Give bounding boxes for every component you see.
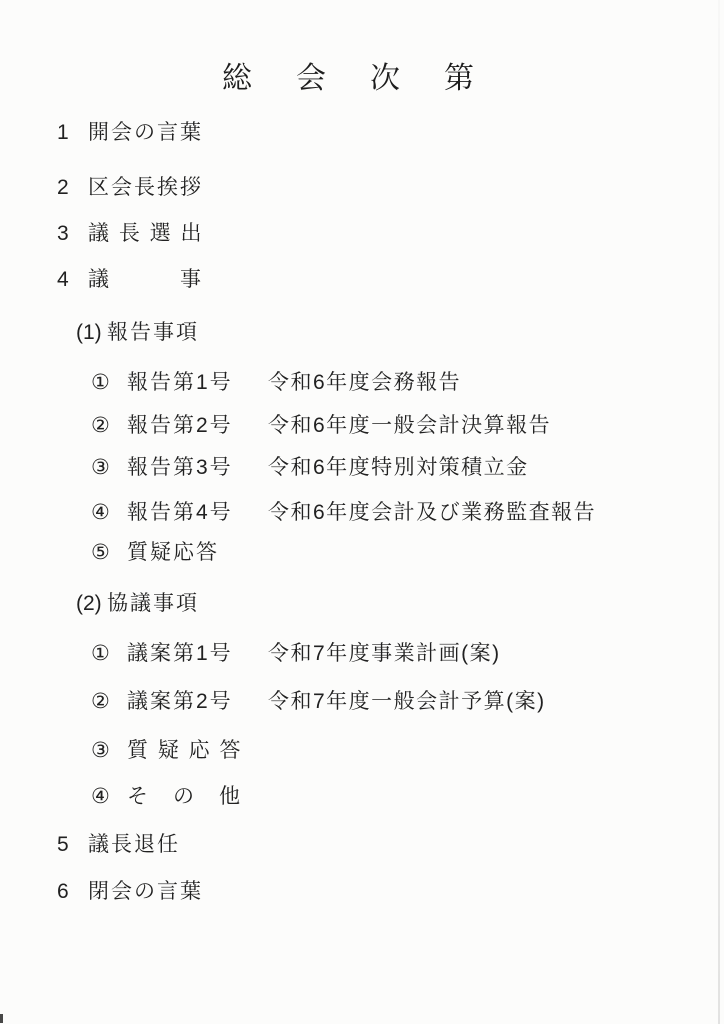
subitem-description: 令和7年度事業計画(案): [268, 641, 501, 667]
item-number: 4: [57, 267, 69, 293]
subitem-row: ③ 質 疑 応 答: [0, 738, 724, 764]
section-label: 報告事項: [107, 320, 199, 346]
subitem-row: ① 議案第1号 令和7年度事業計画(案): [0, 641, 724, 667]
subitem-name: 報告第3号: [127, 455, 233, 481]
section-label: 協議事項: [107, 591, 199, 617]
item-label: 区会長挨拶: [88, 175, 203, 201]
agenda-item-4: 4 議 事: [0, 267, 724, 293]
item-number: 2: [57, 175, 69, 201]
subitem-marker: ②: [91, 413, 110, 439]
subitem-marker: ②: [91, 689, 110, 715]
scan-corner-mark: [0, 1014, 3, 1023]
subitem-description: 令和6年度特別対策積立金: [268, 455, 529, 481]
agenda-item-5: 5 議長退任: [0, 832, 724, 858]
section-number: (2): [76, 591, 102, 617]
item-number: 6: [57, 879, 69, 905]
scan-edge-shadow: [718, 0, 720, 1024]
subitem-description: 令和7年度一般会計予算(案): [268, 689, 546, 715]
subitem-marker: ①: [91, 370, 110, 396]
item-label: 開会の言葉: [88, 120, 203, 146]
subitem-name: 報告第4号: [127, 500, 233, 526]
agenda-item-2: 2 区会長挨拶: [0, 175, 724, 201]
subitem-row: ② 報告第2号 令和6年度一般会計決算報告: [0, 413, 724, 439]
document-page: 総会次第 1 開会の言葉 2 区会長挨拶 3 議 長 選 出 4 議 事 (1)…: [0, 0, 724, 1024]
subitem-description: 令和6年度会務報告: [268, 370, 461, 396]
item-number: 3: [57, 221, 69, 247]
subitem-marker: ④: [91, 784, 110, 810]
section-number: (1): [76, 320, 102, 346]
subitem-description: 令和6年度会計及び業務監査報告: [268, 500, 596, 526]
subitem-row: ⑤ 質疑応答: [0, 540, 724, 566]
agenda-item-1: 1 開会の言葉: [0, 120, 724, 146]
subitem-name: そ の 他: [127, 784, 242, 810]
item-label: 議 事: [88, 267, 203, 293]
item-label: 議長退任: [88, 832, 180, 858]
subitem-row: ② 議案第2号 令和7年度一般会計予算(案): [0, 689, 724, 715]
subitem-row: ③ 報告第3号 令和6年度特別対策積立金: [0, 455, 724, 481]
subitem-name: 議案第2号: [127, 689, 233, 715]
subitem-marker: ③: [91, 455, 110, 481]
item-label: 閉会の言葉: [88, 879, 203, 905]
agenda-item-3: 3 議 長 選 出: [0, 221, 724, 247]
subitem-marker: ⑤: [91, 540, 110, 566]
document-title: 総会次第: [222, 61, 518, 97]
subitem-marker: ①: [91, 641, 110, 667]
subitem-name: 議案第1号: [127, 641, 233, 667]
subitem-name: 報告第1号: [127, 370, 233, 396]
item-number: 1: [57, 120, 69, 146]
section-heading-2: (2) 協議事項: [0, 591, 724, 617]
subitem-row: ④ 報告第4号 令和6年度会計及び業務監査報告: [0, 500, 724, 526]
subitem-marker: ④: [91, 500, 110, 526]
subitem-row: ④ そ の 他: [0, 784, 724, 810]
item-number: 5: [57, 832, 69, 858]
subitem-description: 令和6年度一般会計決算報告: [268, 413, 551, 439]
agenda-item-6: 6 閉会の言葉: [0, 879, 724, 905]
section-heading-1: (1) 報告事項: [0, 320, 724, 346]
subitem-name: 報告第2号: [127, 413, 233, 439]
subitem-name: 質 疑 応 答: [127, 738, 243, 764]
subitem-name: 質疑応答: [127, 540, 219, 566]
subitem-marker: ③: [91, 738, 110, 764]
subitem-row: ① 報告第1号 令和6年度会務報告: [0, 370, 724, 396]
item-label: 議 長 選 出: [88, 221, 204, 247]
